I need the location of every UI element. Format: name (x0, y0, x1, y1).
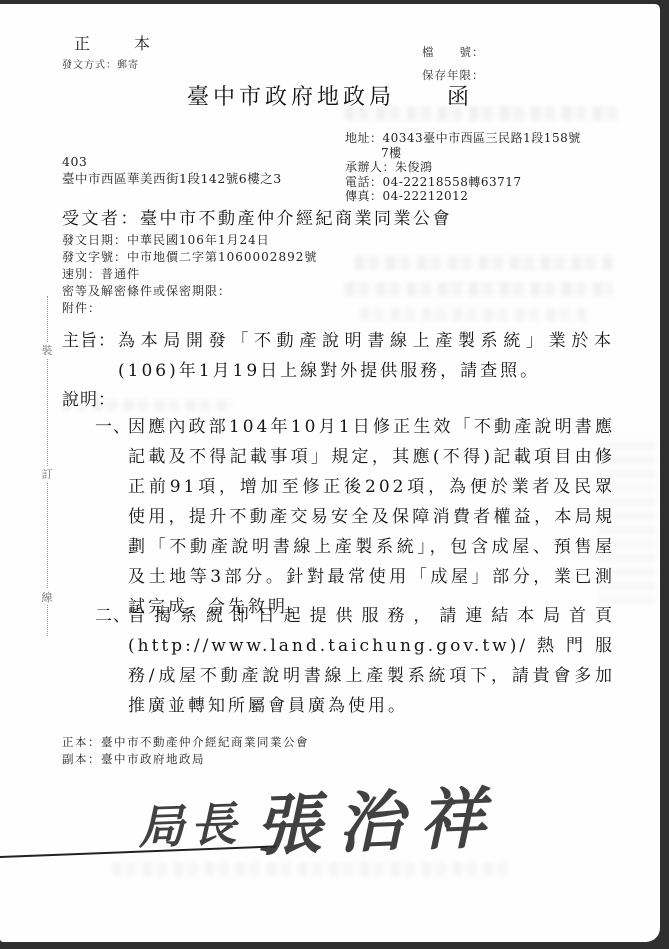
recipient-postal-code: 403 (62, 153, 282, 170)
bleed-through-artifact (360, 308, 590, 321)
sender-contact-block: 地址：40343臺中市西區三民路1段158號 7樓 承辦人：朱俊鴻 電話：04-… (345, 131, 581, 204)
sender-address-line1: 地址：40343臺中市西區三民路1段158號 (345, 131, 581, 146)
item-2-number: 二、 (95, 601, 128, 721)
item-1-number: 一、 (95, 412, 128, 622)
attachment-label: 附件： (62, 300, 317, 317)
signature-title: 局長 (137, 797, 243, 855)
binding-mark-zhuang: 裝 (36, 342, 58, 358)
file-number-label: 檔 號： (422, 44, 485, 60)
bleed-through-artifact (355, 256, 613, 270)
sender-contact-person: 承辦人：朱俊鴻 (345, 160, 581, 175)
sender-fax: 傳真：04-22212012 (345, 189, 581, 204)
security-class: 密等及解密條件或保密期限： (62, 283, 317, 300)
subject-paragraph: 主旨： 為本局開發「不動產說明書線上產製系統」業於本(106)年1月19日上線對… (62, 326, 614, 386)
description-label: 說明： (62, 385, 116, 410)
signature-block: 局長 張治祥 (136, 763, 559, 873)
sender-phone: 電話：04-22218558轉63717 (345, 175, 581, 190)
description-item-2: 二、 旨揭系統即日起提供服務，請連結本局首頁(http://www.land.t… (95, 601, 615, 721)
delivery-method: 發文方式：郵寄 (62, 56, 139, 71)
item-2-text: 旨揭系統即日起提供服務，請連結本局首頁(http://www.land.taic… (128, 601, 615, 721)
scanned-document: 裝 訂 線 正 本 發文方式：郵寄 檔 號： 保存年限： 臺中市政府地政局 函 … (0, 0, 669, 949)
description-item-1: 一、 因應內政部104年10月1日修正生效「不動產說明書應記載及不得記載事項」規… (95, 412, 615, 622)
subject-text: 為本局開發「不動產說明書線上產製系統」業於本(106)年1月19日上線對外提供服… (118, 326, 614, 386)
binding-mark-xian: 線 (36, 589, 58, 605)
original-recipient: 正本：臺中市不動產仲介經紀商業同業公會 (62, 734, 309, 750)
issue-date: 發文日期：中華民國106年1月24日 (62, 232, 317, 249)
document-page: 裝 訂 線 正 本 發文方式：郵寄 檔 號： 保存年限： 臺中市政府地政局 函 … (0, 4, 660, 942)
item-1-text: 因應內政部104年10月1日修正生效「不動產說明書應記載及不得記載事項」規定，其… (128, 412, 615, 622)
recipient-mailing-address: 403 臺中市西區華美西街1段142號6樓之3 (62, 153, 282, 187)
speed-class: 速別：普通件 (62, 266, 317, 283)
signature-name: 張治祥 (254, 779, 503, 866)
subject-label: 主旨： (62, 326, 118, 386)
document-meta-block: 發文日期：中華民國106年1月24日 發文字號：中市地價二字第106000289… (62, 232, 317, 317)
recipient-line: 受文者：臺中市不動產仲介經紀商業同業公會 (62, 204, 452, 229)
bleed-through-artifact (345, 282, 613, 296)
copy-recipient: 副本：臺中市政府地政局 (62, 751, 205, 767)
document-title: 臺中市政府地政局 函 (0, 80, 660, 111)
doc-number: 發文字號：中市地價二字第1060002892號 (62, 249, 317, 266)
copy-type-label: 正 本 (74, 31, 164, 54)
sender-address-line2: 7樓 (345, 146, 581, 161)
recipient-street-address: 臺中市西區華美西街1段142號6樓之3 (62, 170, 282, 187)
binding-mark-ding: 訂 (36, 466, 58, 482)
